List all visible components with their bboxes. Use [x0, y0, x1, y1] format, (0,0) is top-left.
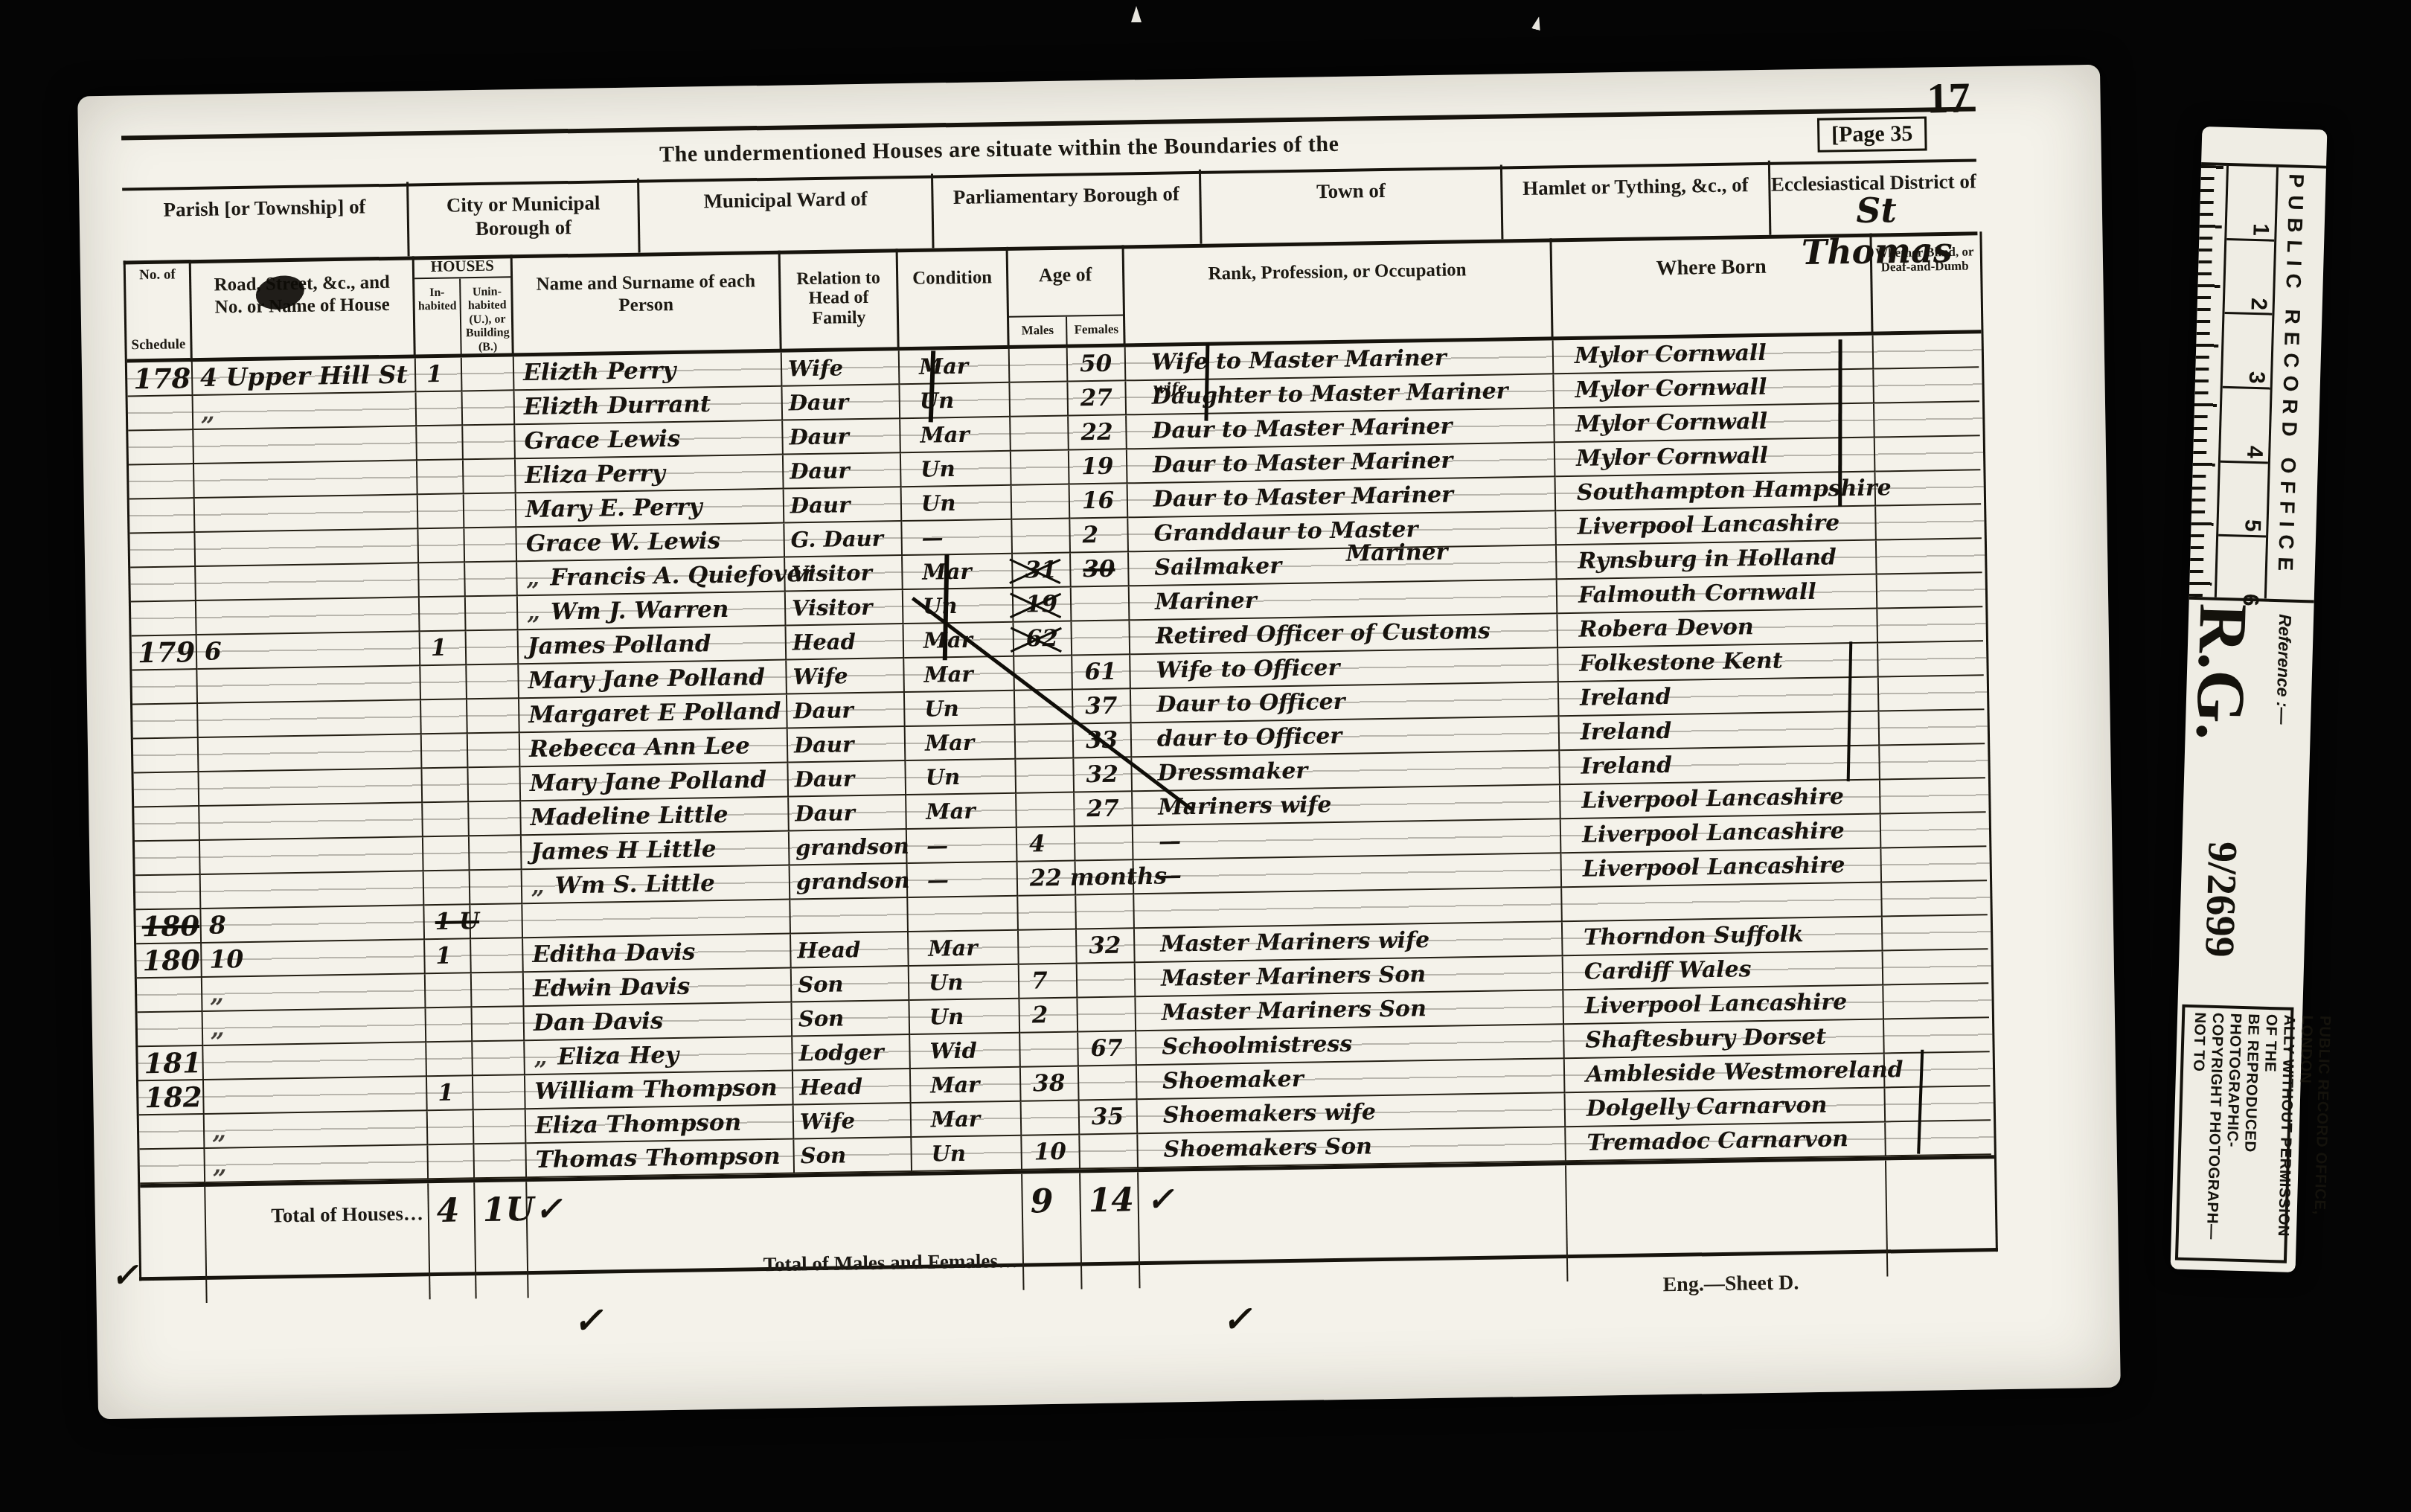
value-born: Robera Devon	[1557, 611, 1754, 647]
cell-sched	[130, 567, 196, 602]
cell-agef: 27	[1068, 381, 1127, 416]
value-rel: Daur	[783, 420, 849, 453]
district-header-label: Parish [or Township] of	[163, 195, 365, 220]
cell-street	[199, 803, 423, 841]
value-agef: 67	[1078, 1032, 1123, 1066]
cell-agef: 32	[1077, 929, 1136, 964]
stamp-ruler: 123456 PUBLIC RECORD OFFICE	[2189, 162, 2326, 603]
cell-rel	[790, 898, 909, 934]
cell-inh	[417, 460, 464, 495]
totals-males-cell: 9	[1022, 1173, 1082, 1290]
value-rel: Head	[787, 625, 857, 659]
check-mark: ✓	[111, 1256, 139, 1295]
cell-born: Robera Devon	[1557, 609, 1878, 649]
ditto-mark: „	[202, 978, 225, 1010]
cell-sched	[135, 841, 201, 876]
cell-uninh	[470, 904, 523, 939]
cell-agef	[1078, 997, 1136, 1032]
total-males-value: 9	[1022, 1173, 1054, 1231]
value-agef: 27	[1068, 382, 1112, 415]
value-occ: Daur to Master Mariner	[1127, 444, 1453, 482]
value-sched: 182	[138, 1080, 202, 1114]
cell-street	[198, 700, 422, 738]
cell-born: Ireland	[1560, 746, 1880, 786]
value-born: Mylor Cornwall	[1554, 337, 1767, 373]
cell-born: Liverpool Lancashire	[1560, 781, 1881, 820]
ruler-scale-number: 5	[2239, 519, 2264, 533]
cell-blind	[1885, 1052, 1991, 1088]
col-age-males: Males	[1009, 317, 1068, 347]
cell-cond: Mar	[909, 931, 1019, 967]
cell-uninh	[463, 425, 516, 460]
cell-uninh	[466, 596, 519, 631]
value-occ: Sailmaker	[1129, 550, 1281, 585]
col-relation: Relation to Head of Family	[781, 249, 900, 350]
cell-sched: 178	[127, 362, 193, 397]
cell-inh: 1	[420, 631, 467, 666]
cell-uninh	[464, 528, 517, 563]
cell-rel: Daur	[787, 693, 906, 728]
cell-street	[196, 563, 420, 601]
value-agef: 27	[1075, 792, 1119, 826]
value-cond: —	[908, 863, 950, 897]
cell-born: Folkestone Kent	[1558, 644, 1879, 683]
cell-rel: Daur	[782, 385, 900, 420]
cell-uninh	[468, 767, 521, 802]
cell-sched	[134, 807, 200, 842]
cell-street	[203, 1042, 427, 1080]
value-agef: 33	[1074, 724, 1118, 757]
cell-uninh	[464, 459, 516, 494]
ruler-scale-box: 1	[2226, 166, 2276, 241]
cell-blind	[1885, 1086, 1991, 1122]
totals-females-cell: 14	[1080, 1172, 1140, 1289]
cell-street	[199, 769, 423, 807]
stamp-office-title: PUBLIC RECORD OFFICE	[2273, 173, 2308, 591]
value-street: 6	[197, 635, 222, 669]
cell-agem: 22 months	[1018, 862, 1077, 897]
ditto-mark: „	[518, 596, 541, 629]
cell-inh	[422, 768, 469, 803]
cell-blind	[1877, 607, 1983, 643]
cell-agef	[1080, 1134, 1139, 1169]
cell-street: „	[205, 1111, 429, 1149]
scan-artifact	[1531, 16, 1543, 31]
cell-cond: Un	[906, 760, 1016, 795]
value-name: Wm S. Little	[545, 867, 715, 903]
value-name: Dan Davis	[524, 1005, 663, 1039]
cell-blind	[1875, 436, 1981, 472]
value-name: Eliza Hey	[548, 1039, 679, 1074]
value-born: Liverpool Lancashire	[1561, 815, 1845, 852]
cell-cond: Un	[900, 383, 1011, 419]
cell-agem: 38	[1021, 1066, 1080, 1101]
value-born: Dolgelly Carnarvon	[1565, 1089, 1827, 1127]
value-rel: Head	[791, 933, 861, 967]
cell-agef: 30	[1071, 552, 1130, 587]
cell-inh	[428, 1110, 475, 1145]
cell-agef: 16	[1070, 484, 1129, 519]
cell-inh	[426, 973, 473, 1008]
table-rows: 1784 Upper Hill St1Elizth PerryWifeMar50…	[127, 333, 1994, 1184]
total-uninhabited-value: 1U	[475, 1182, 534, 1239]
value-sched: 180	[135, 909, 199, 943]
ditto-mark: „	[205, 1148, 227, 1181]
cell-agef	[1075, 826, 1134, 861]
value-agem: 10	[1022, 1135, 1066, 1169]
cell-blind	[1886, 1121, 1991, 1156]
value-occ: Shoemakers Son	[1138, 1130, 1372, 1167]
value-agef: 2	[1070, 519, 1098, 552]
col-houses: HOUSES In-habited Unin-habited (U.), or …	[414, 254, 514, 356]
cell-name: „Francis A. Quiefover	[517, 558, 786, 597]
cell-uninh	[464, 493, 517, 528]
cell-agef: 50	[1068, 347, 1127, 382]
value-rel: Daur	[787, 693, 854, 727]
value-cond: Un	[912, 1137, 966, 1170]
value-agem: 4	[1017, 827, 1046, 861]
cell-sched	[139, 1115, 205, 1150]
cell-agef	[1076, 860, 1135, 895]
cell-rel: Daur	[784, 487, 903, 523]
cell-street	[195, 529, 419, 567]
caption-text: The undermentioned Houses are situate wi…	[659, 132, 1339, 167]
ruler-scale-number: 1	[2247, 223, 2273, 237]
cell-blind	[1879, 710, 1985, 746]
cell-agem	[1010, 382, 1069, 417]
value-cond: Mar	[906, 726, 975, 760]
cell-cond: Wid	[910, 1034, 1021, 1069]
cell-agem	[1014, 656, 1073, 691]
value-rel: Head	[793, 1070, 863, 1103]
cell-street: 4 Upper Hill St	[193, 358, 417, 396]
cell-blind	[1877, 573, 1983, 609]
value-born: Liverpool Lancashire	[1560, 781, 1844, 818]
value-name: Thomas Thompson	[526, 1140, 781, 1176]
cell-inh	[417, 391, 464, 426]
ruler-scale-box: 2	[2224, 240, 2274, 315]
cell-agef: 37	[1073, 689, 1132, 724]
cell-born	[1562, 882, 1883, 922]
cell-sched	[132, 670, 198, 705]
cell-sched: 180	[135, 909, 202, 944]
value-name: Editha Davis	[523, 936, 696, 972]
cell-cond: Un	[902, 486, 1013, 522]
cell-blind	[1876, 504, 1982, 540]
cell-rel: Visitor	[785, 556, 903, 592]
cell-sched	[128, 396, 194, 431]
ditto-mark: „	[525, 1041, 548, 1074]
cell-sched	[129, 499, 196, 534]
value-cond: Wid	[910, 1034, 977, 1068]
value-agef: 19	[1069, 450, 1114, 484]
value-occ: Mariners wife	[1133, 789, 1332, 824]
cell-born: Ambleside Westmoreland	[1565, 1054, 1886, 1093]
value-occ: Shoemakers wife	[1138, 1096, 1377, 1133]
value-rel: Visitor	[785, 557, 872, 591]
cell-blind	[1879, 676, 1985, 711]
value-name: Grace Lewis	[515, 423, 680, 458]
cell-cond: Mar	[900, 349, 1011, 385]
cell-street: „	[205, 1145, 429, 1183]
cell-inh	[426, 1008, 473, 1042]
value-inh: 1	[425, 940, 452, 973]
value-rel: Daur	[788, 762, 854, 795]
value-cond: Un	[905, 692, 959, 725]
cell-inh	[418, 494, 465, 529]
total-houses-label: Total of Houses…	[205, 1183, 428, 1246]
scan-artifact	[1131, 6, 1142, 22]
value-rel: Daur	[789, 796, 855, 830]
cell-agef	[1072, 586, 1130, 621]
totals-houses-label-cell: Total of Houses…	[205, 1183, 430, 1303]
cell-rel: Head	[793, 1069, 912, 1105]
cell-born: Tremadoc Carnarvon	[1566, 1122, 1886, 1162]
cell-street: „	[203, 1008, 427, 1046]
cell-rel: Daur	[783, 419, 901, 455]
cell-agem	[1018, 896, 1077, 931]
cell-agem: 2	[1019, 998, 1078, 1033]
cell-rel: Daur	[784, 453, 902, 489]
value-inh: 1	[416, 358, 443, 391]
cell-sched: 180	[136, 944, 202, 978]
cell-cond: —	[902, 520, 1013, 556]
public-record-office-stamp: 123456 PUBLIC RECORD OFFICE R.G. Referen…	[2171, 126, 2328, 1272]
census-table: No. of Schedule Road, Street, &c., and N…	[124, 231, 1998, 1281]
cell-inh	[428, 1144, 475, 1179]
cell-agef	[1078, 963, 1136, 998]
cell-agem	[1010, 348, 1069, 383]
district-header-cell: Hamlet or Tything, &c., of	[1502, 161, 1772, 240]
cell-street	[204, 1077, 428, 1115]
cell-rel: grandson	[790, 830, 908, 865]
census-sheet: 17 The undermentioned Houses are situate…	[77, 65, 2121, 1419]
cell-agem	[1016, 759, 1075, 794]
cell-uninh	[465, 562, 518, 597]
value-occ: Daur to Master Mariner	[1128, 478, 1454, 516]
cell-street	[201, 871, 425, 909]
cell-name: William Thompson	[525, 1071, 794, 1110]
value-agef: 30	[1071, 553, 1115, 586]
value-rel: Wife	[787, 659, 848, 693]
cell-name: „Eliza Hey	[525, 1037, 793, 1076]
cell-name: Mary Jane Polland	[519, 661, 787, 699]
cell-inh	[423, 836, 470, 871]
cell-street	[194, 461, 418, 499]
cell-blind	[1882, 881, 1988, 917]
district-header-cell: Parliamentary Borough of	[933, 170, 1203, 249]
cell-inh	[419, 563, 466, 598]
cell-inh	[420, 665, 467, 700]
tally-mark	[1838, 339, 1842, 506]
cell-agem: 10	[1022, 1135, 1080, 1170]
district-header-value: St Thomas	[1775, 188, 1978, 274]
value-agem: 62	[1014, 622, 1058, 656]
district-header-label: Hamlet or Tything, &c., of	[1523, 173, 1749, 199]
cell-rel: grandson	[790, 864, 909, 900]
cell-blind	[1874, 333, 1979, 369]
value-rel: Daur	[784, 454, 850, 487]
value-agem: 2	[1019, 999, 1048, 1032]
cell-inh	[418, 528, 465, 563]
cell-inh: 1	[416, 357, 463, 392]
cell-born: Ireland	[1560, 712, 1880, 752]
value-sched: 180	[136, 944, 200, 977]
stamp-reference-label: Reference :—	[2270, 614, 2295, 808]
ditto-mark: „	[522, 870, 545, 903]
cell-cond: Mar	[906, 794, 1017, 830]
cell-inh	[424, 871, 471, 906]
cell-cond: Un	[909, 999, 1020, 1035]
cell-name: Mary Jane Polland	[520, 763, 789, 802]
cell-born: Liverpool Lancashire	[1561, 815, 1882, 854]
value-rel: Wife	[794, 1104, 856, 1138]
cell-born: Mylor Cornwall	[1554, 404, 1875, 443]
cell-rel: Son	[792, 1001, 910, 1037]
value-sched: 181	[138, 1046, 202, 1080]
district-header-cell: Municipal Ward of	[639, 173, 935, 252]
value-street: 4 Upper Hill St	[193, 359, 408, 395]
cell-uninh	[467, 664, 519, 699]
value-name: Mary E. Perry	[516, 490, 702, 526]
value-sched: 179	[132, 635, 196, 669]
cell-inh	[417, 426, 464, 461]
cell-born: Thorndon Suffolk	[1563, 917, 1883, 956]
cell-cond: —	[907, 828, 1018, 864]
cell-sched	[128, 430, 194, 465]
value-name: Madeline Little	[521, 798, 729, 834]
cell-born: Rynsburg in Holland	[1557, 541, 1877, 580]
col-schedule: No. of Schedule	[126, 260, 193, 361]
check-mark: ✓	[573, 1300, 603, 1342]
cell-uninh	[473, 1007, 525, 1042]
value-sched: 178	[127, 362, 191, 395]
value-occ: —	[1134, 859, 1182, 893]
cell-name: „Wm J. Warren	[518, 592, 787, 631]
cell-agef	[1072, 621, 1130, 656]
cell-blind	[1881, 847, 1987, 882]
cell-rel: Head	[791, 932, 909, 968]
cell-uninh	[470, 870, 523, 905]
cell-agef: 22	[1069, 415, 1127, 450]
value-born: Falmouth Cornwall	[1557, 576, 1816, 612]
cell-rel: Wife	[787, 659, 905, 694]
value-born: Shaftesbury Dorset	[1564, 1021, 1826, 1058]
cell-agem: 7	[1019, 964, 1078, 999]
value-born: Ambleside Westmoreland	[1565, 1054, 1903, 1092]
value-occ: Daur to Officer	[1131, 686, 1345, 723]
district-header-cell: Parish [or Township] of	[122, 182, 410, 260]
totals-inhabited-cell: 4	[429, 1182, 476, 1299]
interline-note: Mariner	[1321, 536, 1448, 571]
value-cond: Mar	[900, 418, 970, 452]
cell-street	[196, 598, 420, 635]
district-header-label: Municipal Ward of	[703, 188, 867, 212]
cell-cond: Un	[905, 691, 1016, 727]
cell-name: James Polland	[519, 627, 787, 665]
cell-cond: Mar	[912, 1102, 1022, 1138]
value-rel: Son	[794, 1138, 846, 1172]
cell-agef: 2	[1070, 518, 1129, 553]
value-name: Grace W. Lewis	[516, 525, 720, 560]
cell-agem	[1022, 1101, 1080, 1135]
value-agem: 19	[1014, 588, 1058, 621]
cell-sched	[131, 601, 197, 636]
value-occ: Master Mariners Son	[1136, 993, 1427, 1030]
value-rel: G. Daur	[784, 522, 883, 557]
cell-rel: Wife	[794, 1103, 912, 1139]
cell-name: Edwin Davis	[524, 969, 793, 1008]
value-name: William Thompson	[525, 1071, 778, 1108]
cell-sched	[129, 533, 196, 568]
cell-occ: Shoemakers Son	[1138, 1127, 1566, 1168]
cell-born: Shaftesbury Dorset	[1564, 1019, 1885, 1059]
value-name: Wm J. Warren	[542, 593, 729, 629]
cell-agem	[1016, 793, 1075, 828]
cell-street	[199, 734, 423, 772]
cell-blind	[1874, 402, 1980, 438]
value-born: Ireland	[1560, 749, 1672, 784]
cell-uninh	[473, 1075, 526, 1110]
cell-agef: 61	[1072, 655, 1131, 690]
value-name: Rebecca Ann Lee	[520, 729, 750, 766]
ruler-scale-box: 4	[2221, 388, 2270, 464]
cell-born: Liverpool Lancashire	[1556, 507, 1877, 546]
cell-inh: 1	[425, 939, 472, 974]
value-rel: Lodger	[793, 1036, 884, 1070]
cell-uninh	[470, 836, 522, 871]
col-inhabited: In-habited	[414, 278, 462, 356]
cell-born: Mylor Cornwall	[1554, 336, 1874, 375]
cell-sched	[133, 738, 199, 773]
value-agef: 32	[1074, 758, 1118, 792]
value-rel: Wife	[782, 351, 844, 385]
cell-born: Cardiff Wales	[1563, 951, 1884, 990]
col-schedule-top: No. of	[126, 267, 189, 283]
value-rel: Daur	[782, 385, 848, 419]
ditto-mark: „	[205, 1114, 227, 1147]
value-rel: Daur	[788, 728, 854, 761]
district-header-label: Parliamentary Borough of	[953, 182, 1179, 208]
cell-uninh	[473, 1041, 525, 1076]
cell-inh: 1 U	[424, 905, 471, 940]
totals-schedule-blank	[140, 1187, 207, 1304]
col-street: Road, Street, &c., and No. or Name of Ho…	[191, 256, 416, 360]
value-name: James Polland	[519, 627, 711, 663]
cell-uninh	[463, 391, 516, 426]
col-schedule-bottom: Schedule	[127, 337, 190, 353]
cell-agem: 62	[1014, 622, 1072, 657]
cell-inh	[421, 699, 468, 734]
cell-cond: Un	[901, 452, 1012, 487]
cell-street: „	[193, 392, 417, 430]
value-cond: Mar	[909, 932, 978, 965]
cell-cond: Un	[909, 965, 1020, 1001]
value-occ: —	[1133, 825, 1182, 859]
cell-street	[200, 837, 424, 875]
cell-cond: Mar	[900, 417, 1011, 453]
cell-sched: 182	[138, 1080, 205, 1115]
totals-born-blank	[1566, 1160, 1888, 1281]
total-inhabited-value: 4	[429, 1183, 460, 1240]
cell-rel: Head	[787, 624, 905, 660]
value-cond: Un	[906, 760, 960, 794]
value-born: Mylor Cornwall	[1554, 371, 1767, 407]
cell-street	[195, 495, 419, 533]
cell-street: 6	[197, 632, 421, 670]
cell-born: Mylor Cornwall	[1554, 370, 1874, 409]
cell-blind	[1875, 470, 1981, 506]
